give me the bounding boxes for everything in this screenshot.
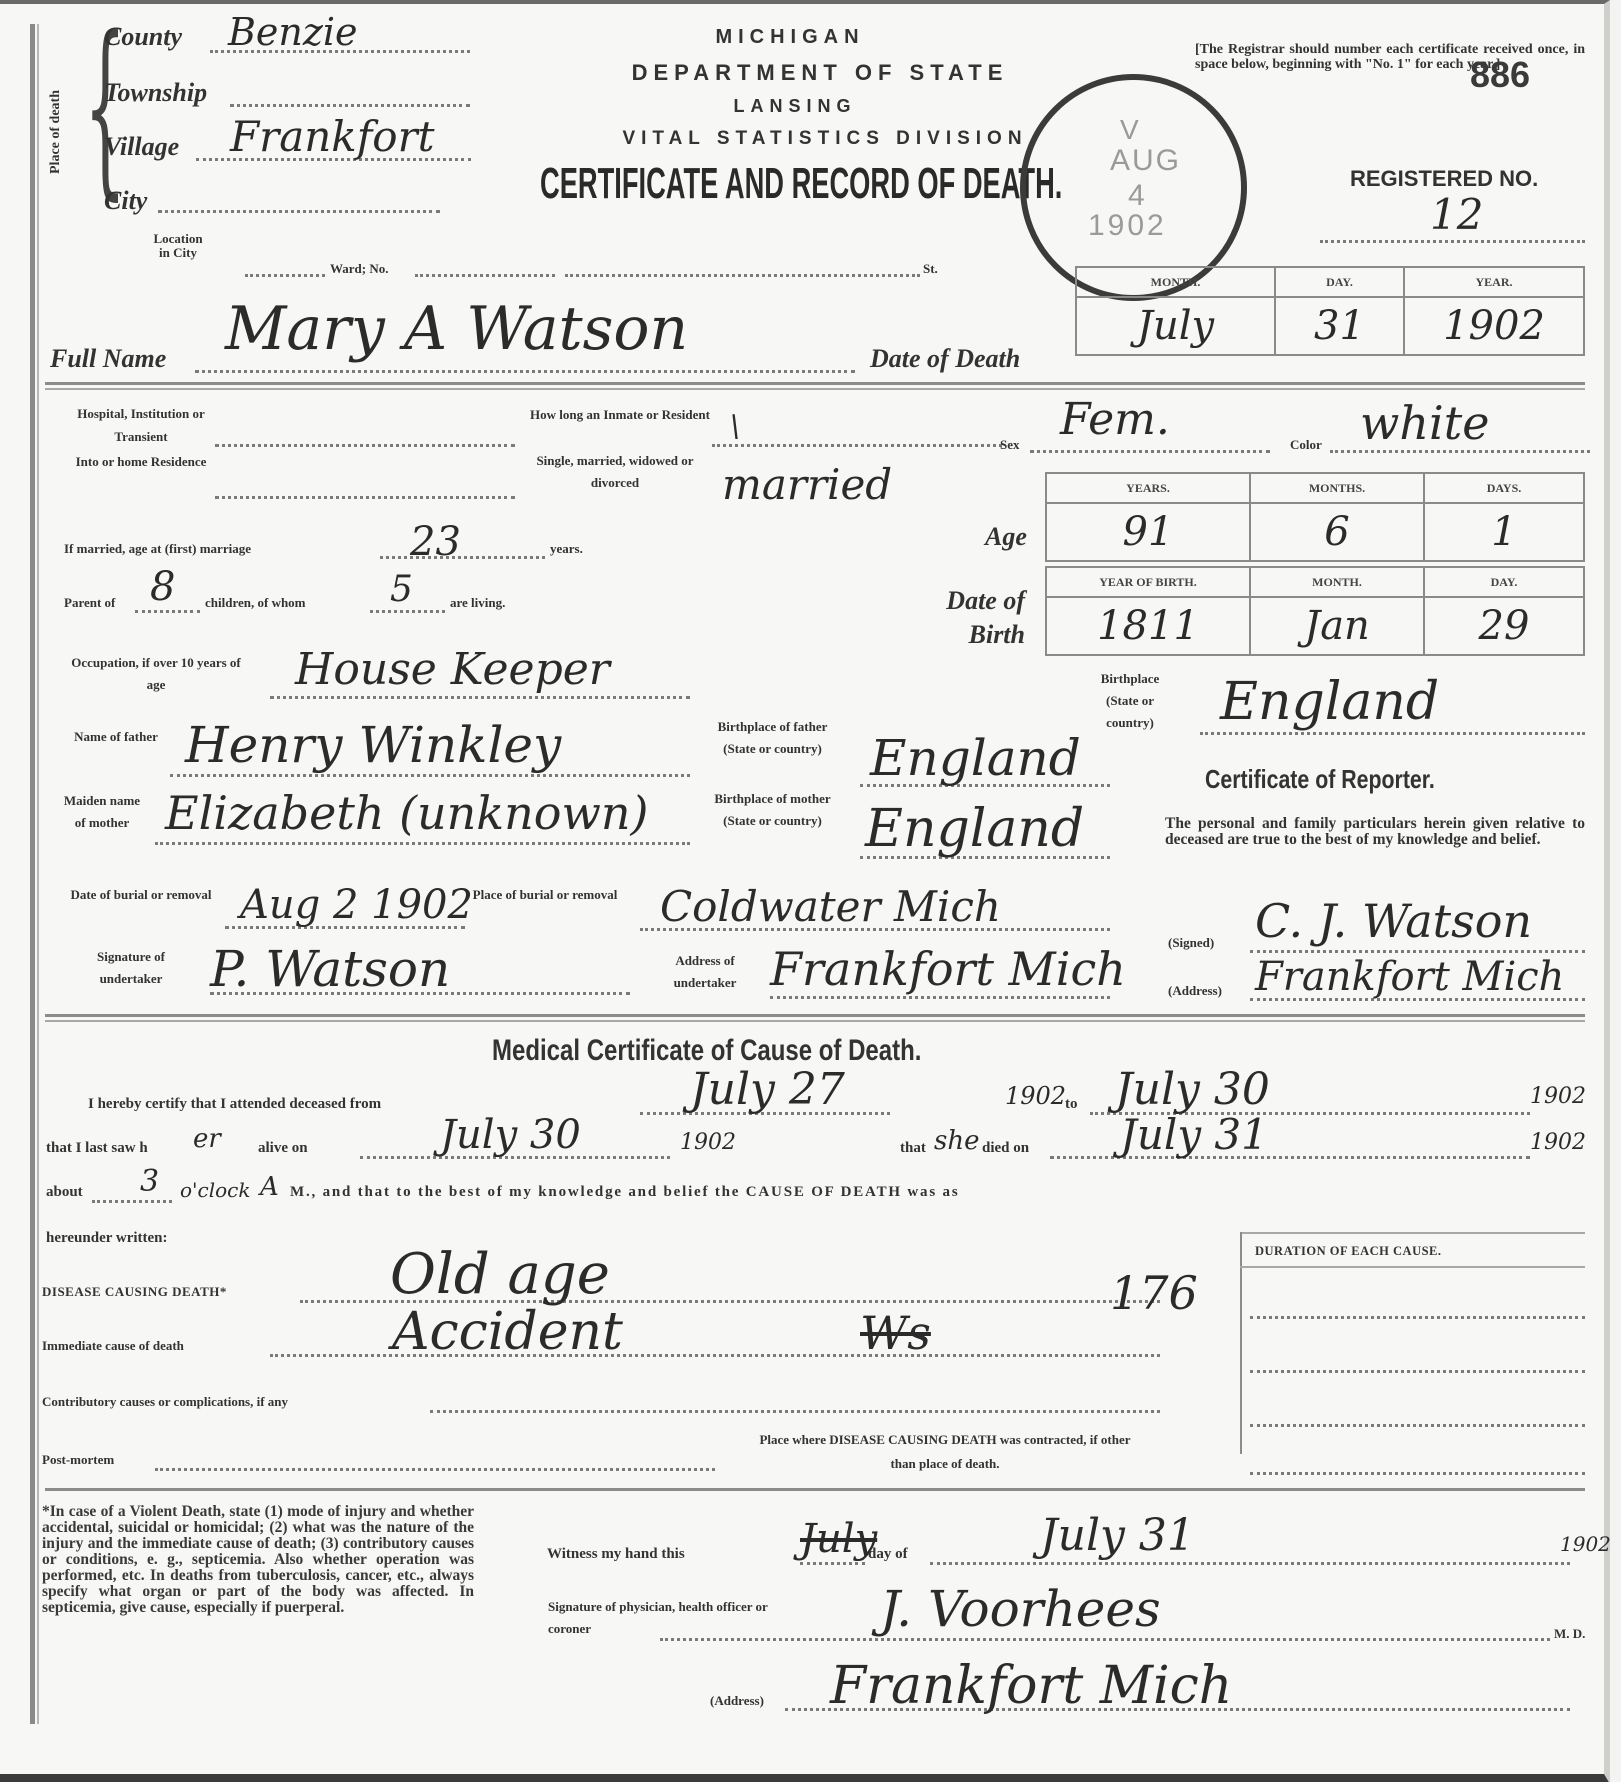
age-months-header: MONTHS. [1250, 473, 1424, 503]
age-table: YEARS. MONTHS. DAYS. 91 6 1 [1045, 472, 1585, 562]
section-divider-2 [45, 1014, 1585, 1017]
header-department: DEPARTMENT OF STATE [560, 60, 1080, 86]
ampm-value: A [260, 1172, 279, 1202]
medical-line3-rest: M., and that to the best of my knowledge… [290, 1184, 959, 1201]
section-divider-2b [45, 1020, 1585, 1022]
county-value: Benzie [228, 10, 358, 54]
sex-value: Fem. [1060, 394, 1170, 445]
ward-line [245, 274, 325, 277]
children-line [135, 610, 200, 613]
age-at-marriage-prefix: If married, age at (first) marriage [64, 541, 251, 556]
section-divider-1 [45, 382, 1585, 385]
village-label: Village [104, 132, 179, 162]
witness-date-line [930, 1562, 1570, 1565]
date-of-birth-label: Date of Birth [915, 584, 1025, 652]
post-mortem-label: Post-mortem [42, 1452, 114, 1468]
reporter-statement: The personal and family particulars here… [1165, 816, 1585, 848]
birth-month-value: Jan [1250, 597, 1424, 655]
city-line [158, 210, 440, 213]
full-name-line [195, 370, 855, 373]
oclock-value: o'clock [180, 1178, 251, 1202]
death-certificate: Place of death { County Benzie Township … [0, 0, 1610, 1782]
time-line [92, 1200, 172, 1203]
duration-line-4 [1250, 1472, 1585, 1475]
medical-line2-died: died on [982, 1140, 1029, 1157]
color-value: white [1360, 396, 1489, 450]
cause-annotation: 176 [1110, 1266, 1198, 1320]
header-city: LANSING [660, 96, 930, 117]
color-line [1330, 450, 1590, 453]
registrar-stamp-number: 886 [1470, 54, 1530, 96]
county-label: County [104, 22, 182, 52]
undertaker-address-label: Address of undertaker [650, 950, 760, 994]
full-name-label: Full Name [50, 344, 166, 374]
birthplace-line [1200, 732, 1585, 735]
she-value: she [934, 1126, 979, 1156]
home-residence-label: Into or home Residence [66, 450, 216, 473]
death-year-value: 1902 [1404, 297, 1584, 355]
stamp-line1: V [1120, 114, 1139, 146]
medical-line1-to: to [1065, 1096, 1078, 1113]
living-line [370, 610, 445, 613]
registered-no-line [1320, 240, 1585, 243]
number-line [415, 274, 555, 277]
full-name-value: Mary A Watson [225, 294, 688, 364]
duration-line-2 [1250, 1370, 1585, 1373]
reporter-address-value: Frankfort Mich [1255, 954, 1564, 1000]
children-value: 8 [150, 564, 175, 610]
registered-no-label: REGISTERED NO. [1350, 166, 1538, 192]
reporter-title: Certificate of Reporter. [1205, 764, 1435, 795]
birthplace-value: England [1220, 672, 1439, 732]
medical-certificate-title: Medical Certificate of Cause of Death. [492, 1034, 921, 1068]
father-name-label: Name of father [66, 726, 166, 748]
medical-line4: hereunder written: [46, 1230, 168, 1247]
undertaker-address-value: Frankfort Mich [770, 942, 1126, 996]
father-name-value: Henry Winkley [185, 716, 561, 774]
death-day-value: 31 [1275, 297, 1404, 355]
header-state: MICHIGAN [620, 26, 960, 49]
how-long-line [712, 444, 1002, 447]
township-label: Township [104, 78, 207, 108]
age-years-header: YEARS. [1046, 473, 1250, 503]
medical-line1-prefix: I hereby certify that I attended decease… [88, 1096, 381, 1113]
burial-place-value: Coldwater Mich [660, 882, 1001, 931]
section-divider-1b [45, 388, 1585, 390]
death-month-header: MONTH. [1076, 267, 1275, 297]
age-days-value: 1 [1424, 503, 1584, 561]
burial-place-label: Place of burial or removal [470, 884, 620, 906]
mother-birthplace-value: England [865, 799, 1084, 859]
age-at-marriage-label: If married, age at (first) marriage [64, 542, 251, 556]
duration-box-top [1240, 1232, 1585, 1234]
physician-signature: J. Voorhees [880, 1580, 1161, 1638]
physician-signature-label: Signature of physician, health officer o… [548, 1596, 778, 1640]
witness-day-of-label: day of [868, 1546, 908, 1563]
medical-line2-that: that [900, 1140, 926, 1157]
age-at-marriage-line [380, 556, 545, 559]
date-of-death-label: Date of Death [870, 344, 1020, 374]
duration-line-3 [1250, 1424, 1585, 1427]
witness-date-value: July 31 [1040, 1510, 1195, 1561]
age-label: Age [985, 522, 1027, 552]
mother-name-label: Maiden name of mother [62, 790, 142, 834]
registered-no-value: 12 [1430, 190, 1483, 239]
physician-signature-line [660, 1638, 1550, 1641]
ward-label: Ward; No. [330, 262, 389, 276]
struck-annotation: Ws [860, 1306, 931, 1360]
hospital-label: Hospital, Institution or Transient [66, 402, 216, 448]
duration-header: DURATION OF EACH CAUSE. [1255, 1244, 1442, 1259]
age-days-header: DAYS. [1424, 473, 1584, 503]
attended-to-year: 1902 [1530, 1084, 1586, 1109]
undertaker-address-line [770, 996, 1110, 999]
village-value: Frankfort [230, 112, 435, 161]
contributory-line [430, 1410, 1160, 1413]
burial-date-label: Date of burial or removal [66, 884, 216, 906]
occupation-label: Occupation, if over 10 years of age [66, 652, 246, 696]
how-long-label: How long an Inmate or Resident [530, 404, 710, 426]
sex-line [1030, 450, 1270, 453]
father-birthplace-value: England [870, 729, 1081, 787]
street-line [565, 274, 920, 277]
living-label: are living. [450, 596, 505, 610]
disease-causing-death-label: DISEASE CAUSING DEATH* [42, 1284, 227, 1300]
attended-to-value: July 30 [1115, 1064, 1270, 1115]
place-of-death-side-label: Place of death [48, 90, 64, 174]
age-months-value: 6 [1250, 503, 1424, 561]
undertaker-signature: P. Watson [210, 940, 450, 998]
street-label: St. [923, 262, 938, 276]
occupation-value: House Keeper [295, 644, 610, 695]
contributory-causes-label: Contributory causes or complications, if… [42, 1394, 288, 1410]
witness-label: Witness my hand this [547, 1546, 685, 1563]
reporter-signed-label: (Signed) [1168, 936, 1214, 950]
died-on-value: July 31 [1120, 1110, 1268, 1159]
undertaker-signature-label: Signature of undertaker [66, 946, 196, 990]
pronoun-value: er [193, 1124, 221, 1154]
reporter-signature: C. J. Watson [1255, 894, 1532, 948]
location-in-city-label: Location in City [148, 232, 208, 260]
witness-year-value: 1902 [1560, 1532, 1611, 1556]
birth-year-value: 1811 [1046, 597, 1250, 655]
immediate-cause-label: Immediate cause of death [42, 1338, 184, 1354]
last-seen-year: 1902 [680, 1130, 736, 1155]
stamp-year: 1902 [1088, 209, 1167, 243]
reporter-address-label: (Address) [1168, 984, 1222, 998]
age-at-marriage-value: 23 [410, 519, 461, 565]
duration-header-rule [1240, 1266, 1585, 1268]
mother-birthplace-label: Birthplace of mother (State or country) [710, 788, 835, 832]
date-of-birth-table: YEAR OF BIRTH. MONTH. DAY. 1811 Jan 29 [1045, 566, 1585, 656]
death-day-header: DAY. [1275, 267, 1404, 297]
birth-year-header: YEAR OF BIRTH. [1046, 567, 1250, 597]
header-division: VITAL STATISTICS DIVISION [570, 128, 1080, 150]
medical-line2-alive: alive on [258, 1140, 308, 1157]
age-years-value: 91 [1046, 503, 1250, 561]
residence-line [215, 496, 515, 499]
place-contracted-label: Place where DISEASE CAUSING DEATH was co… [755, 1428, 1135, 1476]
parent-of-label: Parent of [64, 596, 115, 610]
occupation-line [270, 696, 690, 699]
mother-name-line [155, 842, 690, 845]
witness-day-line [800, 1562, 865, 1565]
city-label: City [104, 186, 147, 216]
mother-name-value: Elizabeth (unknown) [165, 786, 648, 840]
birth-day-header: DAY. [1424, 567, 1584, 597]
medical-line3-prefix: about [46, 1184, 83, 1201]
physician-address-label: (Address) [710, 1694, 764, 1708]
attended-from-year: 1902 [1005, 1082, 1066, 1110]
stamp-month: AUG [1110, 144, 1181, 178]
died-on-year: 1902 [1530, 1130, 1586, 1155]
birth-day-value: 29 [1424, 597, 1584, 655]
attended-from-value: July 27 [690, 1064, 845, 1115]
physician-address-value: Frankfort Mich [830, 1656, 1232, 1716]
marital-status-label: Single, married, widowed or divorced [520, 450, 710, 494]
children-label: children, of whom [205, 596, 306, 610]
age-at-marriage-suffix: years. [550, 542, 583, 556]
last-seen-value: July 30 [440, 1112, 581, 1158]
date-of-death-table: MONTH. DAY. YEAR. July 31 1902 [1075, 266, 1585, 356]
death-month-value: July [1076, 297, 1275, 355]
immediate-value: Accident [392, 1302, 623, 1362]
certificate-title: CERTIFICATE AND RECORD OF DEATH. [540, 159, 1062, 209]
medical-line2-prefix: that I last saw h [46, 1140, 148, 1157]
section-divider-3 [45, 1488, 1585, 1491]
reporter-signed-line [1250, 950, 1585, 953]
witness-day-struck: July [800, 1516, 877, 1562]
hospital-line [215, 444, 515, 447]
birth-month-header: MONTH. [1250, 567, 1424, 597]
living-value: 5 [390, 569, 413, 610]
duration-line-1 [1250, 1316, 1585, 1319]
disease-value: Old age [390, 1242, 610, 1307]
time-value: 3 [140, 1164, 159, 1199]
post-mortem-line [155, 1468, 715, 1471]
color-label: Color [1290, 438, 1322, 452]
birthplace-label: Birthplace (State or country) [1085, 668, 1175, 734]
father-name-line [170, 774, 690, 777]
township-line [230, 104, 470, 107]
violent-death-footnote: *In case of a Violent Death, state (1) m… [42, 1504, 474, 1616]
marital-status-value: married [722, 460, 892, 509]
father-birthplace-label: Birthplace of father (State or country) [710, 716, 835, 760]
stamp-day: 4 [1128, 179, 1145, 213]
how-long-value: \ [730, 409, 740, 444]
death-year-header: YEAR. [1404, 267, 1584, 297]
md-label: M. D. [1554, 1626, 1585, 1642]
burial-date-value: Aug 2 1902 [240, 882, 473, 928]
left-border-rule [30, 24, 35, 1724]
left-border-rule-inner [37, 24, 39, 1724]
sex-label: Sex [1000, 438, 1020, 452]
